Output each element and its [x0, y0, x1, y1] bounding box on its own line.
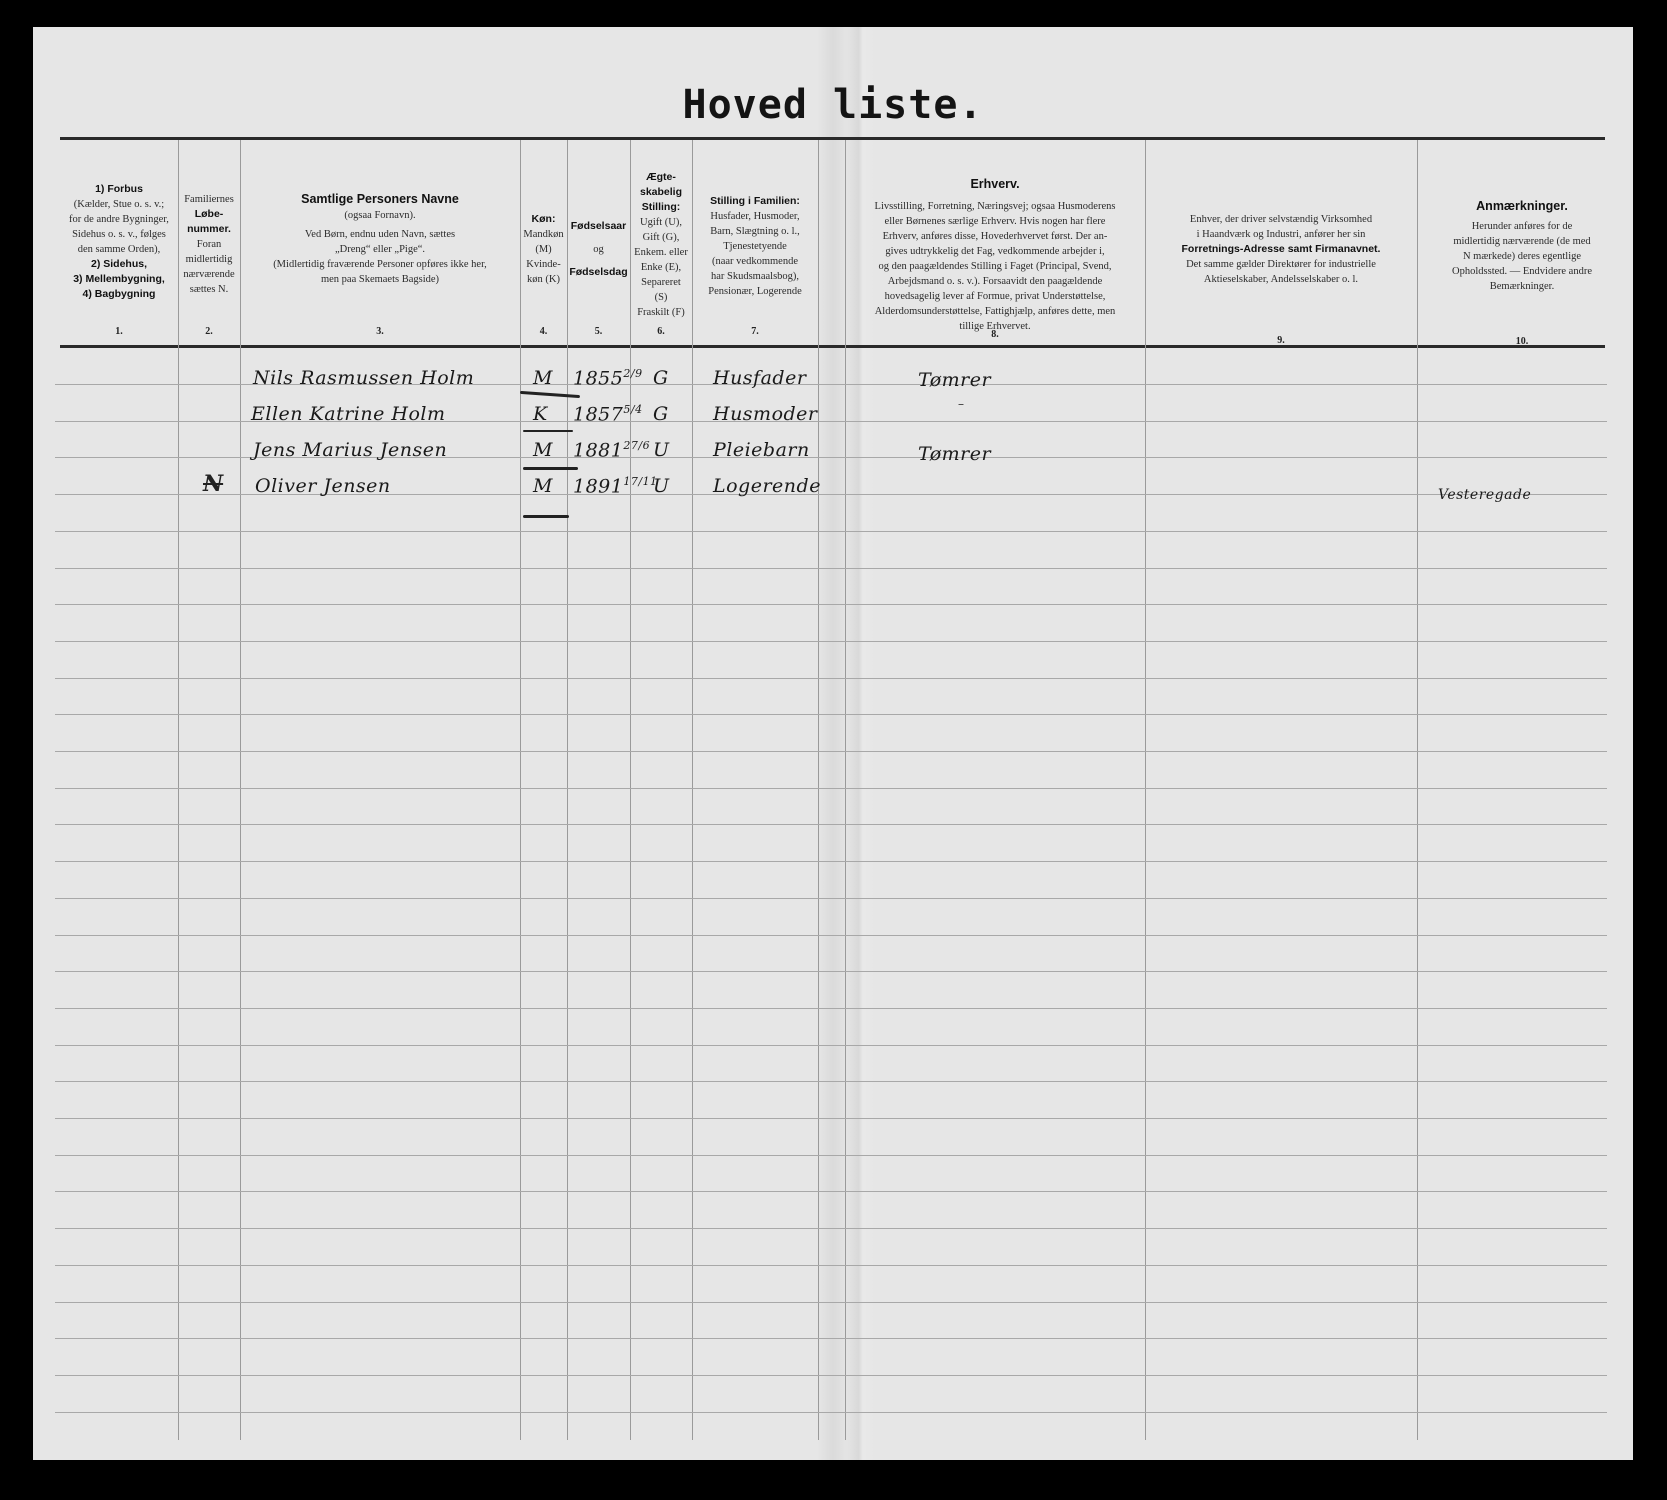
header-line: Livsstilling, Forretning, Næringsvej; og…: [845, 199, 1145, 214]
header-line: Familiernes: [178, 192, 240, 207]
entry-name: Oliver Jensen: [255, 475, 391, 497]
entry-sex: M: [533, 439, 553, 461]
header-line: Gift (G),: [630, 230, 692, 245]
row-rule: [55, 861, 1607, 862]
entry-birth-day: 2/9: [623, 367, 642, 380]
row-rule: [55, 568, 1607, 569]
row-rule: [55, 1155, 1607, 1156]
header-line: (S): [630, 290, 692, 305]
column-header-3: Samtlige Personers Navne(ogsaa Fornavn).…: [240, 192, 520, 287]
entry-name: Ellen Katrine Holm: [251, 403, 445, 425]
column-number-4: 4.: [520, 326, 567, 337]
row-rule: [55, 1191, 1607, 1192]
header-line: i Haandværk og Industri, anfører her sin: [1145, 227, 1417, 242]
entry-birth-day: 5/4: [623, 403, 642, 416]
entry-birth-year: 1857: [573, 403, 623, 425]
header-line: 4) Bagbygning: [60, 287, 178, 302]
header-line: midlertidig nærværende (de med: [1417, 234, 1627, 249]
header-line: Kvinde-: [520, 257, 567, 272]
header-line: (Kælder, Stue o. s. v.;: [60, 197, 178, 212]
header-line: 1) Forbus: [60, 182, 178, 197]
row-rule: [55, 751, 1607, 752]
header-line: eller Børnenes særlige Erhverv. Hvis nog…: [845, 214, 1145, 229]
header-line: køn (K): [520, 272, 567, 287]
entry-birth: 18575/4: [573, 403, 643, 425]
header-line: (M): [520, 242, 567, 257]
header-line: Fraskilt (F): [630, 305, 692, 320]
row-rule: [55, 1118, 1607, 1119]
entry-family-role: Logerende: [713, 475, 821, 497]
row-rule: [55, 1228, 1607, 1229]
row-rule: [55, 641, 1607, 642]
header-line: Tjenestetyende: [692, 239, 818, 254]
entry-name: Jens Marius Jensen: [253, 439, 447, 461]
header-line: skabelig: [630, 185, 692, 200]
header-line: Pensionær, Logerende: [692, 284, 818, 299]
column-header-6: Ægte-skabeligStilling:Ugift (U),Gift (G)…: [630, 170, 692, 320]
header-line: Anmærkninger.: [1417, 199, 1627, 215]
header-line: „Dreng“ eller „Pige“.: [240, 242, 520, 257]
entry-birth-year: 1855: [573, 367, 623, 389]
column-header-4: Køn:Mandkøn(M)Kvinde-køn (K): [520, 212, 567, 287]
entry-birth: 188127/6: [573, 439, 650, 461]
header-line: Ved Børn, endnu uden Navn, sættes: [240, 227, 520, 242]
header-line: Samtlige Personers Navne: [240, 192, 520, 208]
row-rule: [55, 935, 1607, 936]
row-rule: [55, 1338, 1607, 1339]
entry-marital: U: [653, 439, 670, 461]
household-end-mark: [523, 515, 569, 518]
column-number-7: 7.: [692, 326, 818, 337]
row-rule: [55, 1265, 1607, 1266]
header-line: Forretnings-Adresse samt Firmanavnet.: [1145, 242, 1417, 257]
row-rule: [55, 1081, 1607, 1082]
header-line: Det samme gælder Direktører for industri…: [1145, 257, 1417, 272]
column-number-6: 6.: [630, 326, 692, 337]
entry-sex: K: [533, 403, 548, 425]
column-number-9: 9.: [1145, 335, 1417, 346]
column-header-10: Anmærkninger.Herunder anføres for demidl…: [1417, 199, 1627, 294]
header-line: N mærkede) deres egentlige: [1417, 249, 1627, 264]
family-separator-mark: [520, 391, 580, 398]
header-line: (ogsaa Fornavn).: [240, 208, 520, 223]
row-rule: [55, 1412, 1607, 1413]
header-line: Enkem. eller: [630, 245, 692, 260]
header-line: Fødselsdag: [567, 265, 630, 280]
header-line: Køn:: [520, 212, 567, 227]
header-line: har Skudsmaalsbog),: [692, 269, 818, 284]
entry-birth-year: 1891: [573, 475, 623, 497]
entry-family-role: Husfader: [713, 367, 806, 389]
header-line: gives udtrykkelig det Fag, vedkommende a…: [845, 244, 1145, 259]
header-line: Stilling i Familien:: [692, 194, 818, 209]
entry-birth: 18552/9: [573, 367, 643, 389]
header-line: Mandkøn: [520, 227, 567, 242]
entry-marital: U: [653, 475, 670, 497]
header-line: Arbejdsmand o. s. v.). Forsaavidt den pa…: [845, 274, 1145, 289]
entry-birth: 189117/11: [573, 475, 658, 497]
column-number-5: 5.: [567, 326, 630, 337]
column-number-10: 10.: [1417, 336, 1627, 347]
row-rule: [55, 1375, 1607, 1376]
header-line: Ægte-: [630, 170, 692, 185]
entry-name: Nils Rasmussen Holm: [253, 367, 474, 389]
row-rule: [55, 1302, 1607, 1303]
top-rule: [60, 137, 1605, 140]
column-divider: [818, 140, 819, 1440]
row-rule: [55, 531, 1607, 532]
entry-marital: G: [653, 403, 669, 425]
header-line: nummer.: [178, 222, 240, 237]
header-line: men paa Skemaets Bagside): [240, 272, 520, 287]
column-number-1: 1.: [60, 326, 178, 337]
column-number-3: 3.: [240, 326, 520, 337]
header-line: nærværende: [178, 267, 240, 282]
header-line: og den paagældendes Stilling i Faget (Pr…: [845, 259, 1145, 274]
column-header-9: Enhver, der driver selvstændig Virksomhe…: [1145, 212, 1417, 287]
row-rule: [55, 1008, 1607, 1009]
header-line: Bemærkninger.: [1417, 279, 1627, 294]
row-rule: [55, 678, 1607, 679]
entry-marital: G: [653, 367, 669, 389]
header-line: 3) Mellembygning,: [60, 272, 178, 287]
header-line: Barn, Slægtning o. l.,: [692, 224, 818, 239]
header-line: den samme Orden),: [60, 242, 178, 257]
family-separator-mark: [523, 430, 573, 432]
entry-occupation: Tømrer: [918, 443, 991, 465]
header-line: Fødselsaar: [567, 219, 630, 234]
column-header-5: FødselsaarogFødselsdag: [567, 219, 630, 280]
entry-birth-day: 27/6: [623, 439, 650, 452]
header-line: Separeret: [630, 275, 692, 290]
entry-sex: M: [533, 475, 553, 497]
row-rule: [55, 714, 1607, 715]
column-header-2: FamiliernesLøbe-nummer.Foranmidlertidign…: [178, 192, 240, 297]
census-form-page: Hoved liste. 1) Forbus(Kælder, Stue o. s…: [33, 27, 1633, 1460]
header-line: Sidehus o. s. v., følges: [60, 227, 178, 242]
header-line: Ugift (U),: [630, 215, 692, 230]
header-line: (Midlertidig fraværende Personer opføres…: [240, 257, 520, 272]
column-header-7: Stilling i Familien:Husfader, Husmoder,B…: [692, 194, 818, 299]
form-title: Hoved liste.: [33, 82, 1633, 128]
header-line: Herunder anføres for de: [1417, 219, 1627, 234]
column-divider: [1417, 140, 1418, 1440]
header-line: hovedsagelig lever af Formue, privat Und…: [845, 289, 1145, 304]
entry-family-role: Husmoder: [713, 403, 818, 425]
header-line: Foran: [178, 237, 240, 252]
entry-family-role: Pleiebarn: [713, 439, 810, 461]
column-number-2: 2.: [178, 326, 240, 337]
entry-remarks: Vesteregade: [1438, 487, 1531, 503]
header-line: Erhverv.: [845, 177, 1145, 193]
header-line: Alderdomsunderstøttelse, Fattighjælp, an…: [845, 304, 1145, 319]
header-line: Erhverv, anføres disse, Hovederhvervet f…: [845, 229, 1145, 244]
header-line: Aktieselskaber, Andelsselskaber o. l.: [1145, 272, 1417, 287]
header-line: 2) Sidehus,: [60, 257, 178, 272]
entry-occupation: Tømrer: [918, 369, 991, 391]
header-line: Enhver, der driver selvstændig Virksomhe…: [1145, 212, 1417, 227]
family-separator-mark: [523, 467, 578, 470]
header-line: og: [567, 242, 630, 257]
row-rule: [55, 971, 1607, 972]
entry-birth-year: 1881: [573, 439, 623, 461]
row-rule: [55, 824, 1607, 825]
row-rule: [55, 604, 1607, 605]
row-rule: [55, 898, 1607, 899]
column-number-8: 8.: [845, 329, 1145, 340]
row-rule: [55, 788, 1607, 789]
header-line: Løbe-: [178, 207, 240, 222]
column-header-8: Erhverv.Livsstilling, Forretning, Næring…: [845, 177, 1145, 334]
header-line: sættes N.: [178, 282, 240, 297]
header-line: Stilling:: [630, 200, 692, 215]
header-line: Husfader, Husmoder,: [692, 209, 818, 224]
entry-occupation: –: [958, 397, 965, 411]
header-line: Opholdssted. — Endvidere andre: [1417, 264, 1627, 279]
family-n-mark: N: [203, 471, 223, 497]
row-rule: [55, 1045, 1607, 1046]
header-line: for de andre Bygninger,: [60, 212, 178, 227]
column-header-1: 1) Forbus(Kælder, Stue o. s. v.;for de a…: [60, 182, 178, 302]
header-line: midlertidig: [178, 252, 240, 267]
header-line: (naar vedkommende: [692, 254, 818, 269]
entry-sex: M: [533, 367, 553, 389]
header-line: Enke (E),: [630, 260, 692, 275]
